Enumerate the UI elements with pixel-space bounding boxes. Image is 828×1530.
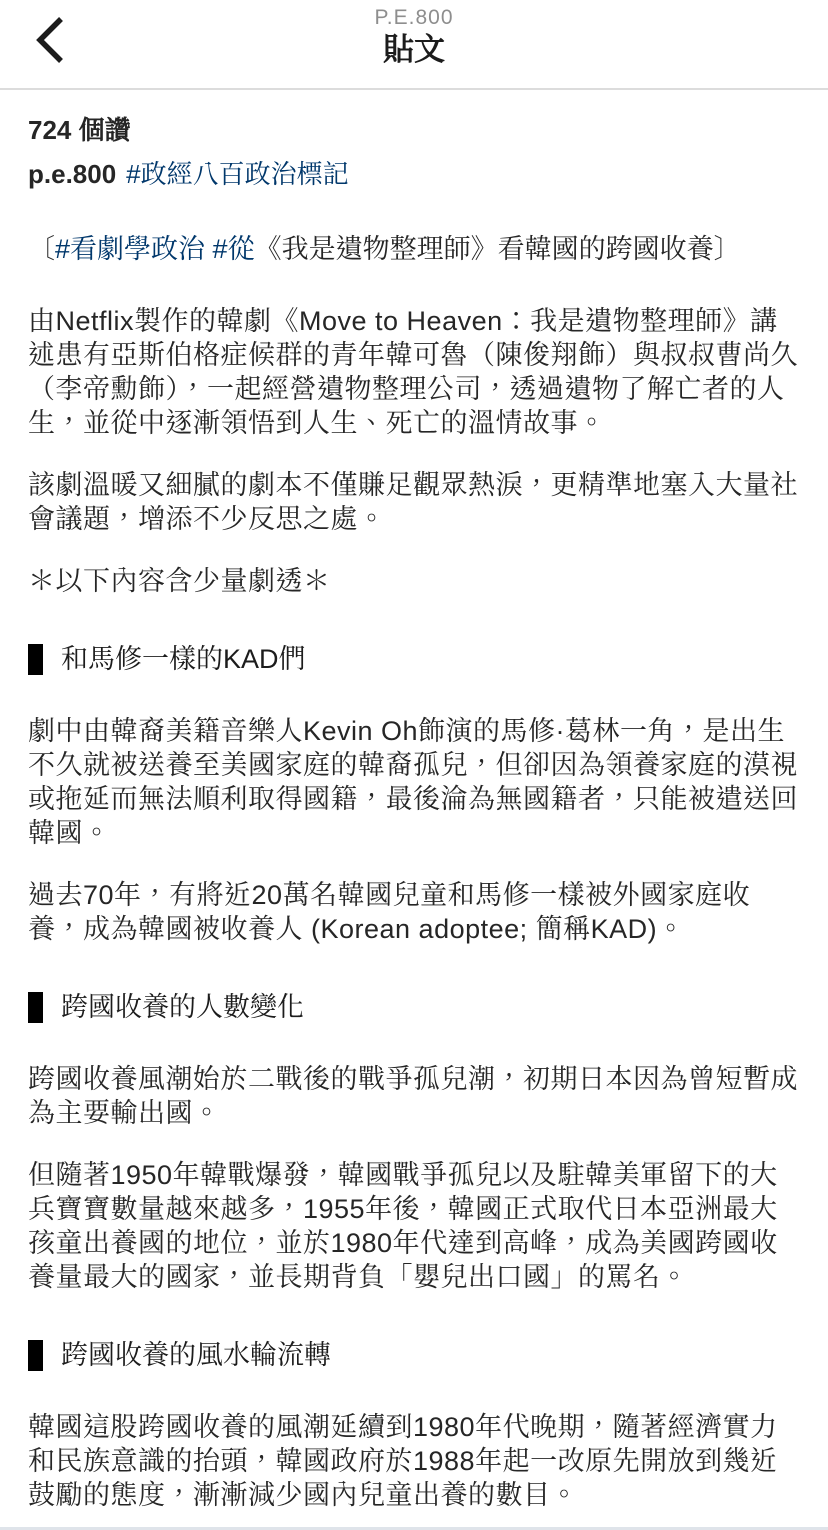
caption-section-header: 和馬修一樣的KAD們: [28, 642, 800, 676]
profile-hashtag-link[interactable]: #政經八百政治標記: [126, 159, 348, 189]
post-detail-content: 724 個讚 p.e.800#政經八百政治標記 〔#看劇學政治 #從《我是遺物整…: [0, 90, 828, 1512]
section-marker-icon: [28, 992, 43, 1023]
caption-section-label: 和馬修一樣的KAD們: [61, 642, 306, 676]
navbar-view-title: 貼文: [0, 31, 828, 69]
section-marker-icon: [28, 1340, 43, 1371]
back-button[interactable]: [22, 8, 78, 72]
spoiler-note: ＊以下內容含少量劇透＊: [28, 564, 800, 598]
caption-section-header: 跨國收養的風水輪流轉: [28, 1338, 800, 1372]
navbar-title-group: P.E.800 貼文: [0, 5, 828, 69]
caption-title-prefix: 〔: [28, 234, 55, 264]
caption-section-header: 跨國收養的人數變化: [28, 990, 800, 1024]
caption-title-rest: 《我是遺物整理師》看韓國的跨國收養〕: [255, 234, 741, 264]
caption-paragraph: 但隨著1950年韓戰爆發，韓國戰爭孤兒以及駐韓美軍留下的大兵寶寶數量越來越多，1…: [28, 1158, 800, 1294]
caption-paragraph: 該劇溫暖又細膩的劇本不僅賺足觀眾熱淚，更精準地塞入大量社會議題，增添不少反思之處…: [28, 468, 800, 536]
hashtag-link-2[interactable]: #從: [213, 234, 255, 264]
caption-title: 〔#看劇學政治 #從《我是遺物整理師》看韓國的跨國收養〕: [28, 232, 800, 266]
hashtag-link-1[interactable]: #看劇學政治: [55, 234, 205, 264]
chevron-left-icon: [35, 16, 65, 64]
caption-section-label: 跨國收養的人數變化: [61, 990, 304, 1024]
caption-section-label: 跨國收養的風水輪流轉: [61, 1338, 331, 1372]
likes-count[interactable]: 724 個讚: [28, 114, 131, 147]
caption-paragraph: 過去70年，有將近20萬名韓國兒童和馬修一樣被外國家庭收養，成為韓國被收養人 (…: [28, 878, 800, 946]
top-navbar: P.E.800 貼文: [0, 0, 828, 90]
section-marker-icon: [28, 644, 43, 675]
caption-paragraph: 跨國收養風潮始於二戰後的戰爭孤兒潮，初期日本因為曾短暫成為主要輸出國。: [28, 1062, 800, 1130]
caption-paragraph: 劇中由韓裔美籍音樂人Kevin Oh飾演的馬修·葛林一角，是出生不久就被送養至美…: [28, 714, 800, 850]
caption-paragraph: 韓國這股跨國收養的風潮延續到1980年代晚期，隨著經濟實力和民族意識的抬頭，韓國…: [28, 1410, 800, 1512]
caption-paragraph: 由Netflix製作的韓劇《Move to Heaven：我是遺物整理師》講述患…: [28, 304, 800, 440]
caption-byline: p.e.800#政經八百政治標記: [28, 158, 800, 191]
post-username[interactable]: p.e.800: [28, 159, 116, 189]
navbar-account-name: P.E.800: [0, 5, 828, 30]
